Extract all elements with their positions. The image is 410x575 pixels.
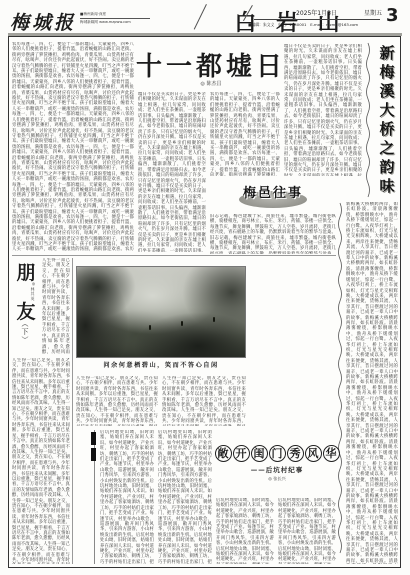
ornament-bar: [91, 448, 96, 461]
vertical-headline-char: 桥: [379, 120, 394, 139]
vertical-headline-char: 之: [379, 139, 394, 158]
bottom-headline-char: 闺: [251, 445, 268, 462]
vertical-headline-char: 溪: [379, 82, 394, 101]
photo-figure: [181, 321, 183, 326]
article-column-mid-1: 人生得一知己足矣。朋友之交，贵在知心，不在朝夕相伴，而在患难与共。少年时同窗共读…: [76, 376, 158, 426]
bottom-headline-byline: ◎ 张长兴: [214, 476, 340, 482]
vertical-headline-char: 味: [379, 177, 394, 196]
friend-byline: ◎林其英: [31, 281, 36, 301]
editor-info: ■编辑：朱文义 电话：2250001 E-mail：mzmd@163.com: [248, 22, 382, 28]
page-number: 3: [386, 5, 399, 26]
bottom-headline-subtitle: ——后坑村纪事: [214, 465, 340, 474]
article-column-guimen-4: 后坑村地处山坳，旧时闭塞，姑娘们养在深闺人未识。如今村道硬化，产业兴旺，村里办起…: [278, 498, 336, 564]
article-column-friend-1: 人生得一知己足矣。朋友之交，贵在知心，不在朝夕相伴，而在患难与共。少年时同窗共读…: [42, 258, 70, 354]
vertical-headline-char: 梅: [379, 63, 394, 82]
bottom-headline: 敞开闺门秀风华 ——后坑村纪事 ◎ 张长兴: [214, 442, 340, 482]
article-column-duxu-left: 农历每逢一、四、七，便是十一都的墟日。天蒙蒙亮，四乡八邻的人们便挑着担子、提着竹…: [12, 42, 134, 252]
article-column-duxu-2: 农历每逢一、四、七，便是十一都的墟日。天蒙蒙亮，四乡八邻的人们便挑着担子、提着竹…: [210, 92, 280, 176]
feature-label-meiyi: 梅邑往事: [236, 176, 310, 210]
article-column-duxu-1: 墟日不仅是买卖的日子，更是乡亲们相聚的时光。久未谋面的亲友在墟上相遇，拉几句家常…: [138, 92, 206, 252]
vertical-headline-char: 韵: [379, 158, 394, 177]
date-rule: [254, 19, 380, 20]
article-column-friend-2: 人生得一知己足矣。朋友之交，贵在知心，不在朝夕相伴，而在患难与共。少年时同窗共读…: [12, 358, 70, 564]
header-divider-slash: [194, 4, 207, 30]
friend-part-label: （下）: [20, 320, 30, 344]
bottom-headline-char: 开: [233, 445, 250, 462]
article-column-bridge: 新梅溪大桥横跨两岸，如长虹卧波。清晨薄雾缭绕，桥影倒映水中，渔舟从桥下缓缓划过，…: [346, 202, 398, 564]
issue-date: 2025年1月3日: [296, 8, 337, 17]
friend-title-block: 朋 ◎林其英 友 （下）: [12, 258, 40, 354]
masthead-tagline-line1: ■梅州新闻·深度: [80, 12, 150, 19]
main-headline: 十一都墟日: [136, 46, 286, 83]
photo-figure: [149, 325, 151, 330]
bottom-headline-char: 门: [269, 445, 286, 462]
weekday-label: 星期五: [364, 8, 382, 17]
bottom-headline-char: 华: [323, 445, 340, 462]
bottom-headline-char: 秀: [287, 445, 304, 462]
masthead-tagline: ■梅州新闻·深度 梅城新媒网 www.mzpww.com: [80, 12, 150, 25]
article-column-guimen-2: 后坑村地处山坳，旧时闭塞，姑娘们养在深闺人未识。如今村道硬化，产业兴旺，村里办起…: [158, 430, 212, 564]
main-headline-byline: ◎ 陈杰昌: [136, 80, 286, 87]
bottom-headline-char: 风: [305, 445, 322, 462]
bottom-headline-title: 敞开闺门秀风华: [214, 442, 340, 462]
newspaper-page: 梅城报 ■梅州新闻·深度 梅城新媒网 www.mzpww.com 白 岩 山 2…: [0, 0, 410, 575]
masthead-logo: 梅城报: [10, 8, 76, 35]
ornament-bar: [91, 432, 96, 445]
bottom-headline-char: 敞: [215, 445, 232, 462]
vertical-headline-bridge: 新 梅 溪 大 桥 之 韵 味: [374, 44, 400, 196]
article-column-duxu-3: 墟日不仅是买卖的日子，更是乡亲们相聚的时光。久未谋面的亲友在墟上相遇，拉几句家常…: [284, 44, 362, 176]
vertical-headline-char: 大: [379, 101, 394, 120]
photo-figure: [213, 317, 215, 322]
article-column-guimen-1: 后坑村地处山坳，旧时闭塞，姑娘们养在深闺人未识。如今村道硬化，产业兴旺，村里办起…: [100, 430, 154, 564]
feature-label-text: 梅邑往事: [236, 182, 310, 201]
column-divider-left: [72, 258, 73, 564]
section-rule: [12, 255, 336, 256]
wavy-divider-right: [336, 202, 344, 566]
wavy-divider-top: [364, 42, 372, 200]
issue-date-row: 2025年1月3日 星期五: [296, 8, 382, 17]
article-column-meiyi: 旧志记载，梅邑建城于宋，商旅往来，墟市繁盛。城内街巷纵横，骑楼相连，商号林立，布…: [210, 214, 336, 254]
article-column-mid-2: 人生得一知己足矣。朋友之交，贵在知心，不在朝夕相伴，而在患难与共。少年时同窗共读…: [162, 376, 246, 426]
landscape-photo: [76, 266, 246, 358]
masthead-tagline-line2: 梅城新媒网 www.mzpww.com: [80, 20, 150, 25]
article-column-guimen-3: 后坑村地处山坳，旧时闭塞，姑娘们养在深闺人未识。如今村道硬化，产业兴旺，村里办起…: [216, 498, 274, 564]
vertical-headline-char: 新: [379, 44, 394, 63]
photo-caption: 问余何意栖碧山，笑而不答心自闲: [76, 360, 246, 369]
